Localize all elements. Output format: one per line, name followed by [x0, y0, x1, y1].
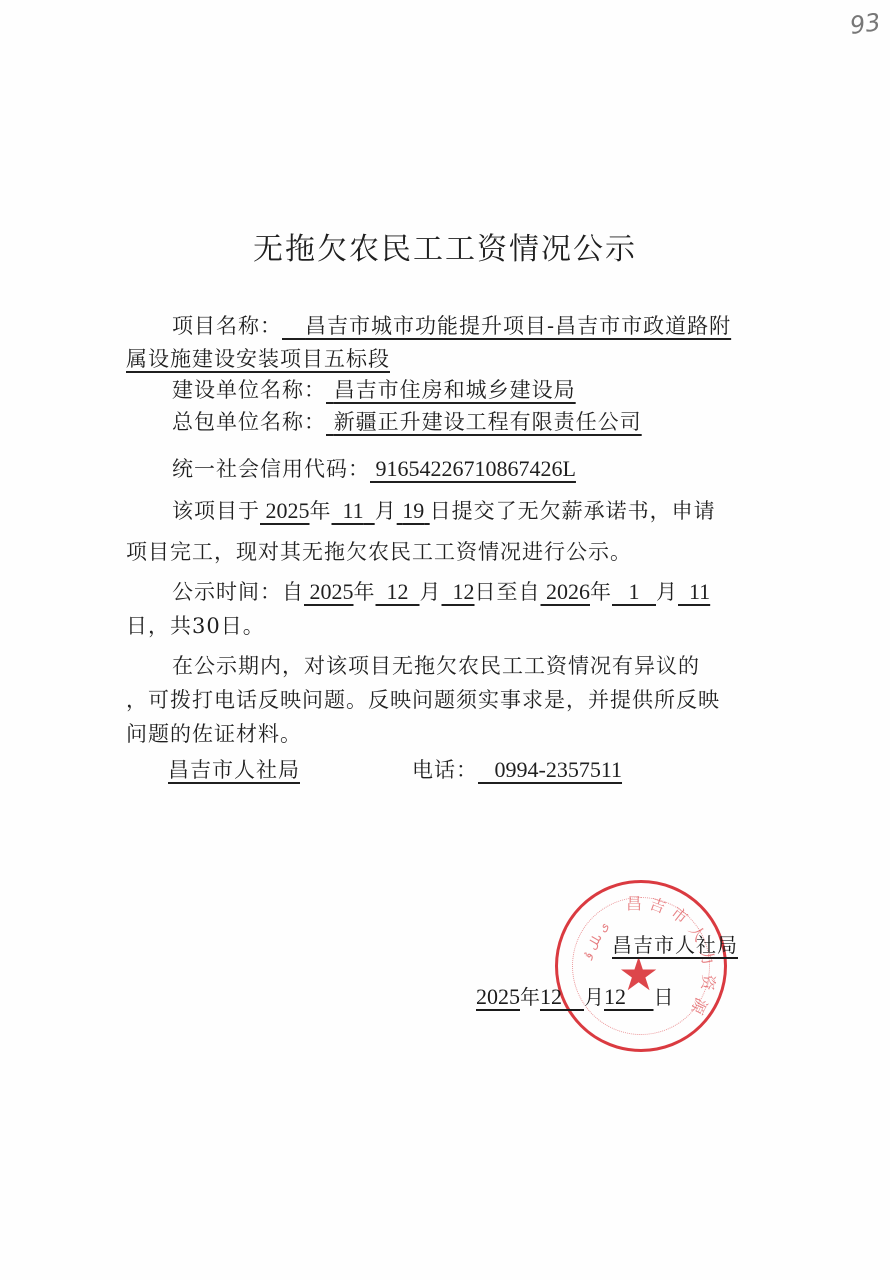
- year-unit: 年: [590, 580, 612, 604]
- project-name-line: 项目名称： 昌吉市城市功能提升项目-昌吉市市政道路附: [172, 312, 731, 340]
- year-unit: 年: [354, 580, 376, 604]
- objection-line-3: 问题的佐证材料。: [126, 720, 302, 748]
- project-name-value-2: 属设施建设安装项目五标段: [126, 347, 390, 371]
- document-page: 93 无拖欠农民工工资情况公示 项目名称： 昌吉市城市功能提升项目-昌吉市市政道…: [0, 0, 890, 1280]
- seal-text-fragment: 源: [686, 994, 714, 1018]
- contact-org: 昌吉市人社局: [168, 756, 300, 784]
- signature-year: 2025: [476, 984, 520, 1009]
- publicity-period-line-2: 日，共30日。: [126, 612, 265, 640]
- signature-date: 2025年12 月12 日: [476, 984, 674, 1010]
- start-day: 12: [442, 579, 475, 604]
- project-name-value-1: 昌吉市城市功能提升项目-昌吉市市政道路附: [282, 314, 731, 338]
- credit-code-value: 91654226710867426L: [370, 456, 576, 481]
- project-name-label: 项目名称：: [172, 314, 282, 338]
- commitment-suffix: 日提交了无欠薪承诺书，申请: [430, 499, 716, 523]
- credit-code-label: 统一社会信用代码：: [172, 457, 370, 481]
- objection-line-2: ，可拨打电话反映问题。反映问题须实事求是，并提供所反映: [126, 686, 720, 714]
- publicity-period-line-1: 公示时间：自 2025年 12 月 12日至自 2026年 1 月 11: [172, 578, 710, 606]
- contact-org-name: 昌吉市人社局: [168, 758, 300, 782]
- year-unit: 年: [310, 499, 332, 523]
- document-title: 无拖欠农民工工资情况公示: [0, 224, 890, 268]
- year-unit: 年: [520, 985, 540, 1009]
- commitment-year: 2025: [260, 498, 310, 523]
- seal-text-fragment: 资: [697, 974, 721, 992]
- signature-org-name: 昌吉市人社局: [612, 933, 738, 957]
- objection-line-1: 在公示期内，对该项目无拖欠农民工工资情况有异议的: [172, 652, 700, 680]
- month-unit: 月: [375, 499, 397, 523]
- signature-day: 12: [604, 984, 654, 1009]
- period-middle: 日至自: [475, 580, 541, 604]
- month-unit: 月: [420, 580, 442, 604]
- month-unit: 月: [584, 985, 604, 1009]
- end-year: 2026: [541, 579, 591, 604]
- commitment-line-1: 该项目于 2025年 11 月 19 日提交了无欠薪承诺书，申请: [172, 497, 716, 525]
- day-unit: 日: [654, 985, 674, 1009]
- month-unit: 月: [656, 580, 678, 604]
- credit-code-line: 统一社会信用代码： 91654226710867426L: [172, 455, 576, 483]
- handwritten-page-number: 93: [848, 8, 882, 40]
- construction-unit-line: 建设单位名称： 昌吉市住房和城乡建设局: [172, 376, 576, 404]
- start-month: 12: [376, 579, 420, 604]
- commitment-line-2: 项目完工，现对其无拖欠农民工工资情况进行公示。: [126, 538, 632, 566]
- construction-unit-value: 昌吉市住房和城乡建设局: [326, 378, 576, 402]
- project-name-line-2: 属设施建设安装项目五标段: [126, 345, 390, 373]
- general-contractor-line: 总包单位名称： 新疆正升建设工程有限责任公司: [172, 408, 642, 436]
- end-day: 11: [678, 579, 710, 604]
- seal-text-fragment: 昌: [626, 891, 642, 914]
- signature-org: 昌吉市人社局: [612, 932, 738, 958]
- commitment-month: 11: [332, 498, 375, 523]
- contact-phone-line: 电话： 0994-2357511: [412, 756, 622, 784]
- signature-month: 12: [540, 984, 584, 1009]
- publicity-period-label: 公示时间：自: [172, 580, 304, 604]
- end-month: 1: [612, 579, 656, 604]
- start-year: 2025: [304, 579, 354, 604]
- phone-label: 电话：: [412, 758, 478, 782]
- general-contractor-label: 总包单位名称：: [172, 410, 326, 434]
- construction-unit-label: 建设单位名称：: [172, 378, 326, 402]
- general-contractor-value: 新疆正升建设工程有限责任公司: [326, 410, 642, 434]
- phone-number: 0994-2357511: [478, 757, 622, 782]
- commitment-day: 19: [397, 498, 430, 523]
- commitment-prefix: 该项目于: [172, 499, 260, 523]
- official-seal: ★ 昌 吉 市 人 力 资 源 ى ىلل ۇ: [555, 880, 727, 1052]
